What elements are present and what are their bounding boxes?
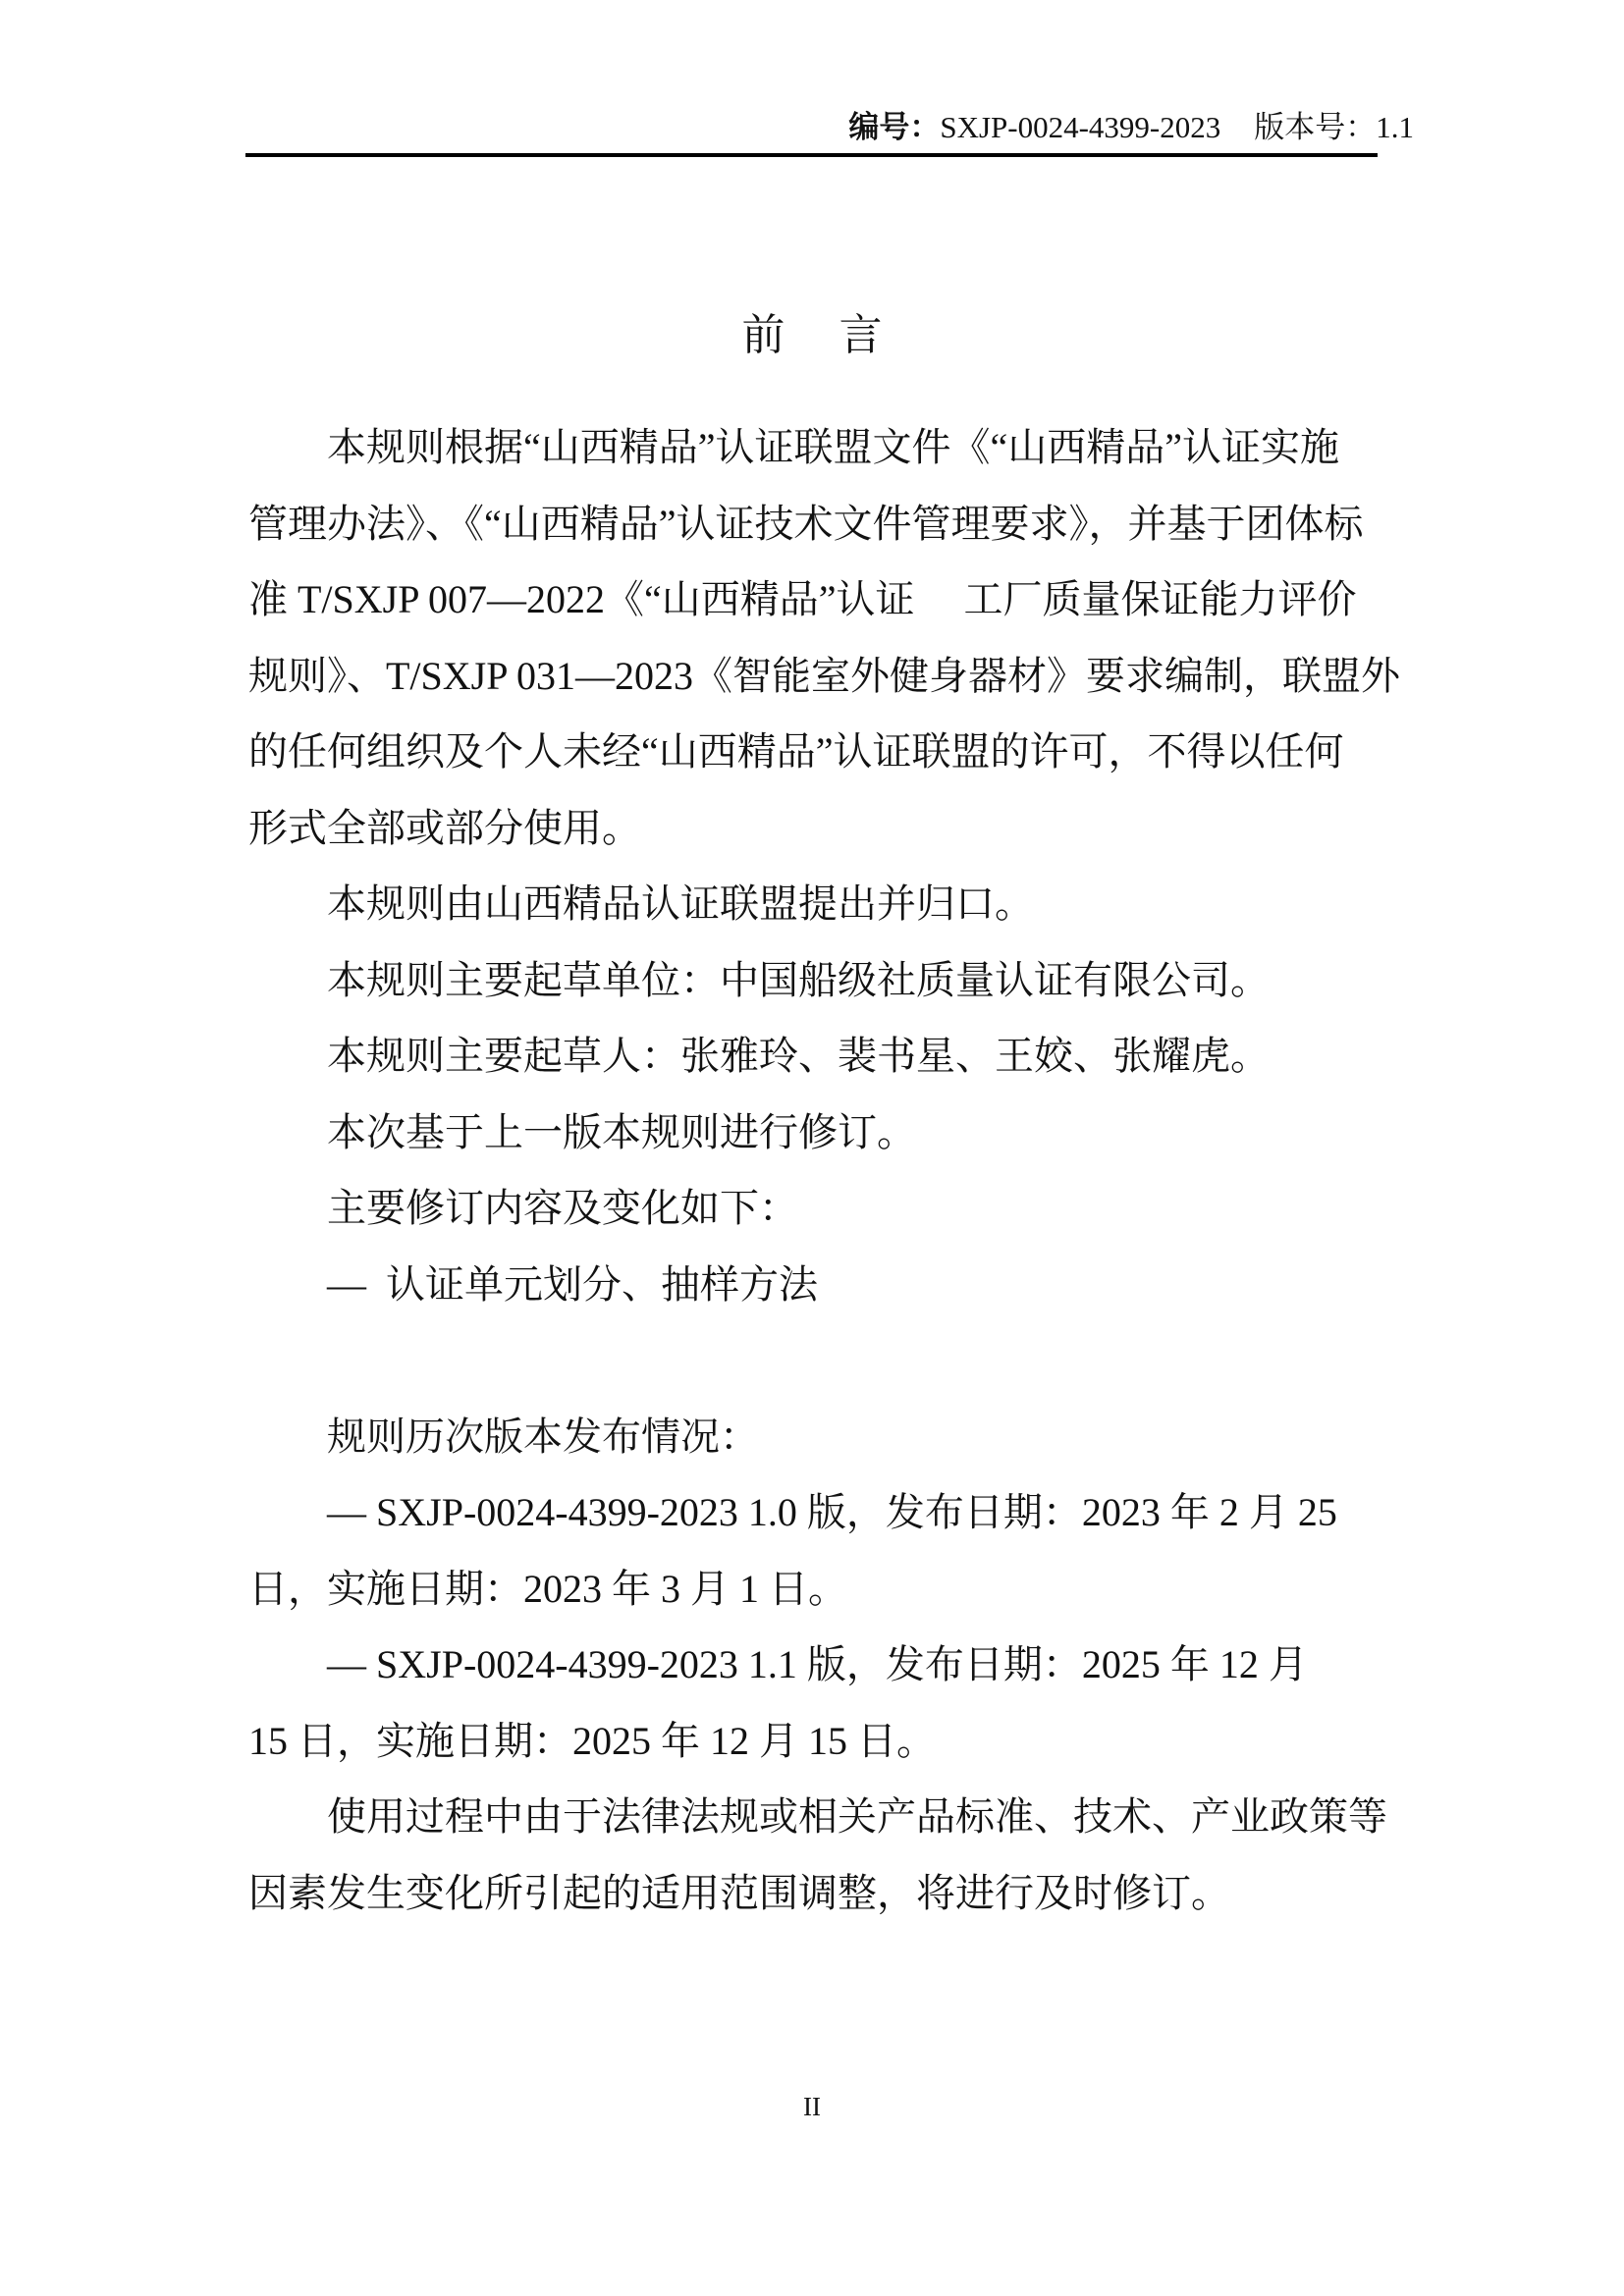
document-line: 本规则由山西精品认证联盟提出并归口。	[248, 866, 1412, 942]
header-divider-rule	[245, 153, 1378, 157]
document-line: — 认证单元划分、抽样方法	[248, 1247, 1412, 1323]
document-line: 主要修订内容及变化如下：	[248, 1170, 1412, 1247]
version-label: 版本号：	[1254, 110, 1376, 144]
document-line: 准 T/SXJP 007—2022《“山西精品”认证 工厂质量保证能力评价	[248, 561, 1412, 638]
document-page: 编号：SXJP-0024-4399-2023版本号：1.1 前 言 本规则根据“…	[0, 0, 1624, 2296]
document-line: 规则历次版本发布情况：	[248, 1399, 1412, 1475]
document-line: 规则》、T/SXJP 031—2023《智能室外健身器材》要求编制，联盟外	[248, 638, 1412, 715]
document-line: 本规则根据“山西精品”认证联盟文件《“山西精品”认证实施	[248, 409, 1412, 486]
page-number: II	[0, 2087, 1624, 2126]
blank-line	[248, 1322, 1412, 1399]
document-header: 编号：SXJP-0024-4399-2023版本号：1.1	[245, 104, 1414, 198]
document-line: 本次基于上一版本规则进行修订。	[248, 1095, 1412, 1171]
document-line: 本规则主要起草单位：中国船级社质量认证有限公司。	[248, 942, 1412, 1019]
document-line: 因素发生变化所引起的适用范围调整，将进行及时修订。	[248, 1855, 1412, 1932]
document-line: 15 日，实施日期：2025 年 12 月 15 日。	[248, 1703, 1412, 1780]
document-line: 的任何组织及个人未经“山西精品”认证联盟的许可，不得以任何	[248, 714, 1412, 790]
document-line: 日，实施日期：2023 年 3 月 1 日。	[248, 1551, 1412, 1628]
document-line: 管理办法》、《“山西精品”认证技术文件管理要求》，并基于团体标	[248, 486, 1412, 562]
doc-number-value: SXJP-0024-4399-2023	[940, 110, 1220, 144]
page-title: 前 言	[0, 306, 1624, 365]
doc-number-label: 编号：	[848, 110, 940, 144]
document-line: 使用过程中由于法律法规或相关产品标准、技术、产业政策等	[248, 1779, 1412, 1855]
version-value: 1.1	[1376, 110, 1414, 144]
document-line: — SXJP-0024-4399-2023 1.0 版，发布日期：2023 年 …	[248, 1474, 1412, 1551]
document-line: 形式全部或部分使用。	[248, 790, 1412, 867]
document-body: 本规则根据“山西精品”认证联盟文件《“山西精品”认证实施 管理办法》、《“山西精…	[248, 409, 1412, 1931]
document-line: 本规则主要起草人：张雅玲、裴书星、王姣、张耀虎。	[248, 1018, 1412, 1095]
document-line: — SXJP-0024-4399-2023 1.1 版，发布日期：2025 年 …	[248, 1627, 1412, 1703]
